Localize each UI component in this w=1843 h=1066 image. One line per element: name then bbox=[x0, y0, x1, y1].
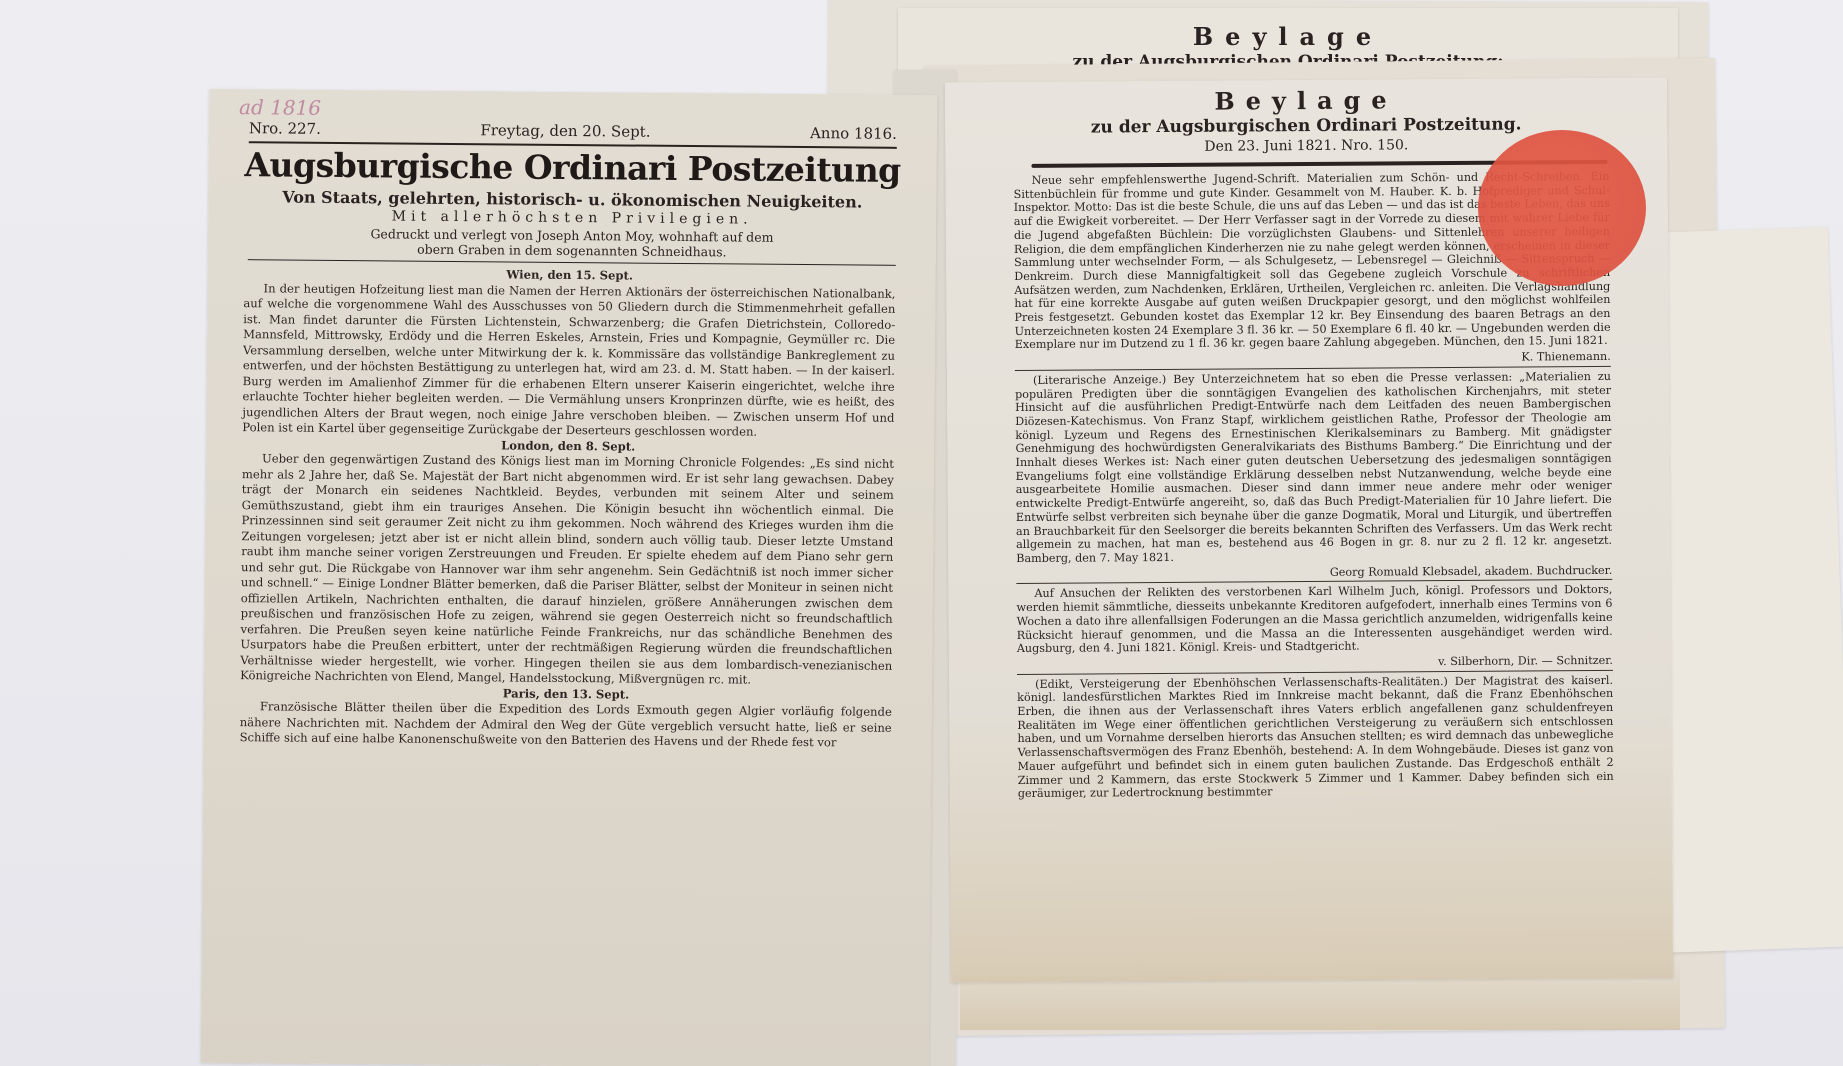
article-wien: In der heutigen Hofzeitung liest man die… bbox=[242, 281, 895, 442]
signature-thienemann: K. Thienemann. bbox=[1015, 350, 1611, 368]
creditor-notice: Auf Ansuchen der Relikten des verstorben… bbox=[1016, 583, 1612, 656]
signature-silberhorn: v. Silberhorn, Dir. — Schnitzer. bbox=[1017, 654, 1613, 672]
auction-edict: (Edikt, Versteigerung der Ebenhöhschen V… bbox=[1017, 673, 1614, 800]
water-stain bbox=[960, 960, 1680, 1030]
printer-imprint: Gedruckt und verlegt von Joseph Anton Mo… bbox=[238, 225, 906, 261]
beylage-title: Beylage bbox=[945, 83, 1667, 117]
issue-year: Anno 1816. bbox=[810, 124, 897, 143]
news-body: Wien, den 15. Sept. In der heutigen Hofz… bbox=[240, 265, 896, 751]
beylage-192-title: Beylage bbox=[898, 22, 1678, 51]
signature-klebsadel: Georg Romuald Klebsadel, akadem. Buchdru… bbox=[1016, 564, 1612, 582]
red-seal-stamp-icon bbox=[1478, 130, 1646, 286]
newspaper-title: Augsburgische Ordinari Postzeitung bbox=[238, 145, 906, 190]
imprint-rule bbox=[248, 259, 896, 266]
article-paris: Französische Blätter theilen über die Ex… bbox=[240, 699, 892, 751]
handwritten-note: ad 1816 bbox=[239, 95, 321, 120]
postzeitung-1816-page: ad 1816 Nro. 227. Freytag, den 20. Sept.… bbox=[201, 89, 937, 1066]
issue-number: Nro. 227. bbox=[249, 119, 321, 138]
masthead-dateline: Nro. 227. Freytag, den 20. Sept. Anno 18… bbox=[249, 119, 897, 143]
weekday-date: Freytag, den 20. Sept. bbox=[480, 121, 650, 140]
article-london: Ueber den gegenwärtigen Zustand des Köni… bbox=[240, 451, 894, 689]
literary-notice: (Literarische Anzeige.) Bey Unterzeichne… bbox=[1015, 370, 1612, 566]
